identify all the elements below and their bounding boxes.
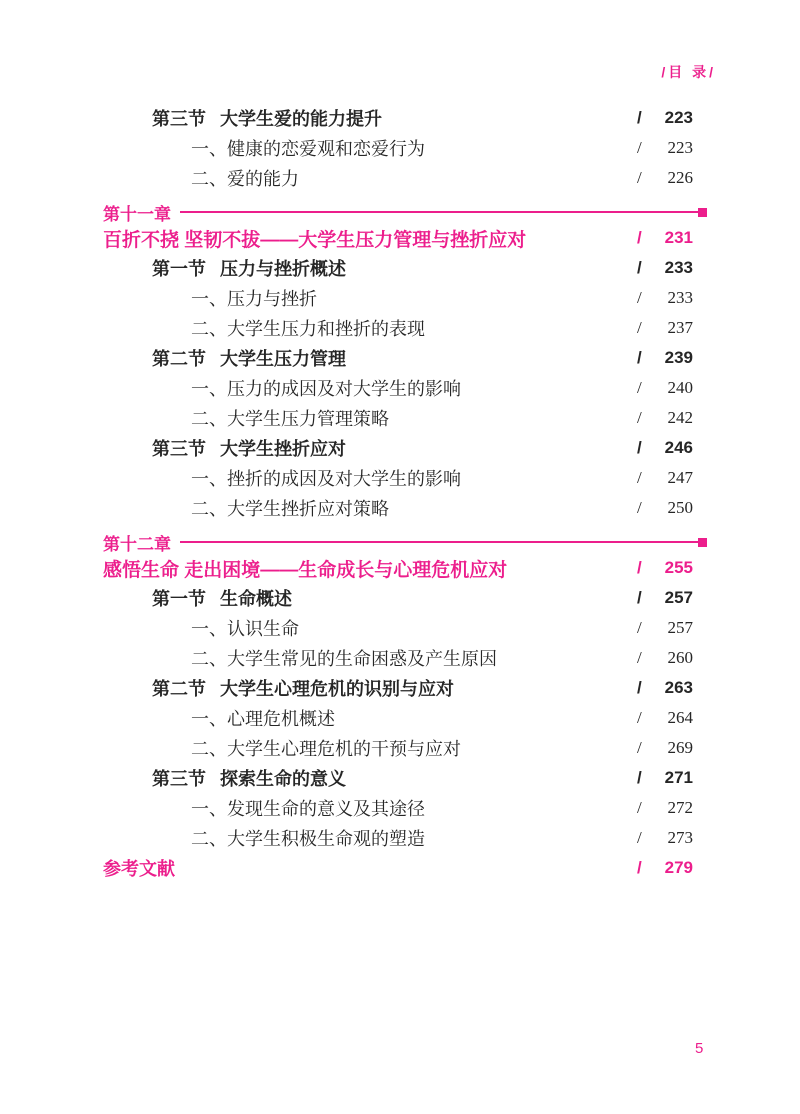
- chapter-label-row: 第十一章: [103, 201, 707, 223]
- references-page-reference: / 279: [637, 858, 707, 878]
- page-slash: /: [637, 738, 642, 758]
- page-number: 240: [668, 378, 694, 398]
- references-title: 参考文献: [103, 855, 175, 881]
- page-number: 242: [668, 408, 694, 428]
- section-title: 生命概述: [220, 585, 292, 611]
- subsection-page-reference: / 223: [637, 138, 707, 158]
- section-number-label: 第三节: [152, 435, 206, 461]
- chapter-number-label: 第十一章: [103, 200, 171, 225]
- toc-row-subsection: 二、大学生压力管理策略 / 242: [103, 403, 707, 433]
- page-number: 260: [668, 648, 694, 668]
- subsection-title: 二、大学生挫折应对策略: [191, 495, 389, 521]
- page-number: 264: [668, 708, 694, 728]
- subsection-page-reference: / 237: [637, 318, 707, 338]
- subsection-title: 一、压力的成因及对大学生的影响: [191, 375, 461, 401]
- page-number: 273: [668, 828, 694, 848]
- chapter-page-reference: / 231: [637, 228, 707, 248]
- toc-list: 第三节 大学生爱的能力提升 / 223 一、健康的恋爱观和恋爱行为 / 223 …: [103, 103, 707, 883]
- subsection-page-reference: / 272: [637, 798, 707, 818]
- page-slash: /: [637, 108, 642, 128]
- chapter-rule-line: [180, 211, 698, 213]
- subsection-page-reference: / 226: [637, 168, 707, 188]
- chapter-rule-end-square: [698, 208, 707, 217]
- page-slash: /: [637, 648, 642, 668]
- toc-row-subsection: 一、挫折的成因及对大学生的影响 / 247: [103, 463, 707, 493]
- section-title: 大学生挫折应对: [220, 435, 346, 461]
- page-slash: /: [637, 798, 642, 818]
- section-number-label: 第三节: [152, 105, 206, 131]
- toc-row-section: 第一节 压力与挫折概述 / 233: [103, 253, 707, 283]
- page-slash: /: [637, 348, 642, 368]
- toc-row-references: 参考文献 / 279: [103, 853, 707, 883]
- page-number: 271: [665, 768, 693, 788]
- page-number: 223: [668, 138, 694, 158]
- subsection-title: 一、压力与挫折: [191, 285, 317, 311]
- chapter-title-row: 百折不挠 坚韧不拔——大学生压力管理与挫折应对 / 231: [103, 223, 707, 253]
- section-number-label: 第二节: [152, 675, 206, 701]
- page-slash: /: [637, 258, 642, 278]
- toc-row-subsection: 二、大学生心理危机的干预与应对 / 269: [103, 733, 707, 763]
- folio-page-number: 5: [695, 1040, 703, 1057]
- page-number: 223: [665, 108, 693, 128]
- section-page-reference: / 246: [637, 438, 707, 458]
- section-page-reference: / 257: [637, 588, 707, 608]
- page-slash: /: [637, 618, 642, 638]
- page-slash: /: [637, 378, 642, 398]
- toc-row-subsection: 一、压力与挫折 / 233: [103, 283, 707, 313]
- page-number: 233: [668, 288, 694, 308]
- chapter-title: 百折不挠 坚韧不拔——大学生压力管理与挫折应对: [103, 225, 526, 252]
- section-number-label: 第三节: [152, 765, 206, 791]
- subsection-title: 一、心理危机概述: [191, 705, 335, 731]
- page-slash: /: [637, 408, 642, 428]
- toc-row-subsection: 二、爱的能力 / 226: [103, 163, 707, 193]
- section-number-label: 第二节: [152, 345, 206, 371]
- toc-row-section: 第三节 大学生爱的能力提升 / 223: [103, 103, 707, 133]
- subsection-page-reference: / 264: [637, 708, 707, 728]
- page-number: 279: [665, 858, 693, 878]
- subsection-page-reference: / 240: [637, 378, 707, 398]
- page-number: 257: [668, 618, 694, 638]
- toc-row-section: 第三节 大学生挫折应对 / 246: [103, 433, 707, 463]
- subsection-page-reference: / 269: [637, 738, 707, 758]
- toc-row-section: 第二节 大学生压力管理 / 239: [103, 343, 707, 373]
- toc-row-subsection: 一、认识生命 / 257: [103, 613, 707, 643]
- section-title: 大学生心理危机的识别与应对: [220, 675, 454, 701]
- page-number: 231: [665, 228, 693, 248]
- section-title: 大学生爱的能力提升: [220, 105, 382, 131]
- chapter-rule-end-square: [698, 538, 707, 547]
- chapter-number-label: 第十二章: [103, 530, 171, 555]
- subsection-title: 二、大学生心理危机的干预与应对: [191, 735, 461, 761]
- page-number: 226: [668, 168, 694, 188]
- page-slash: /: [637, 558, 642, 578]
- toc-row-subsection: 二、大学生挫折应对策略 / 250: [103, 493, 707, 523]
- page-slash: /: [637, 588, 642, 608]
- section-page-reference: / 223: [637, 108, 707, 128]
- subsection-title: 二、爱的能力: [191, 165, 299, 191]
- section-title: 大学生压力管理: [220, 345, 346, 371]
- toc-row-subsection: 一、发现生命的意义及其途径 / 272: [103, 793, 707, 823]
- toc-row-subsection: 一、心理危机概述 / 264: [103, 703, 707, 733]
- toc-chapter-block: 第十一章 百折不挠 坚韧不拔——大学生压力管理与挫折应对 / 231: [103, 201, 707, 253]
- subsection-page-reference: / 233: [637, 288, 707, 308]
- toc-row-section: 第二节 大学生心理危机的识别与应对 / 263: [103, 673, 707, 703]
- subsection-page-reference: / 260: [637, 648, 707, 668]
- subsection-title: 二、大学生压力和挫折的表现: [191, 315, 425, 341]
- page-slash: /: [637, 288, 642, 308]
- toc-row-subsection: 二、大学生压力和挫折的表现 / 237: [103, 313, 707, 343]
- page-slash: /: [637, 768, 642, 788]
- chapter-title-row: 感悟生命 走出困境——生命成长与心理危机应对 / 255: [103, 553, 707, 583]
- section-number-label: 第一节: [152, 255, 206, 281]
- section-page-reference: / 263: [637, 678, 707, 698]
- page-number: 272: [668, 798, 694, 818]
- page-slash: /: [637, 168, 642, 188]
- section-page-reference: / 239: [637, 348, 707, 368]
- subsection-title: 一、挫折的成因及对大学生的影响: [191, 465, 461, 491]
- page-slash: /: [637, 678, 642, 698]
- page-slash: /: [637, 138, 642, 158]
- page-number: 233: [665, 258, 693, 278]
- subsection-title: 一、健康的恋爱观和恋爱行为: [191, 135, 425, 161]
- toc-row-subsection: 一、健康的恋爱观和恋爱行为 / 223: [103, 133, 707, 163]
- subsection-page-reference: / 273: [637, 828, 707, 848]
- page-slash: /: [637, 708, 642, 728]
- chapter-rule-line: [180, 541, 698, 543]
- chapter-page-reference: / 255: [637, 558, 707, 578]
- chapter-label-row: 第十二章: [103, 531, 707, 553]
- page-slash: /: [637, 318, 642, 338]
- subsection-page-reference: / 250: [637, 498, 707, 518]
- subsection-page-reference: / 247: [637, 468, 707, 488]
- section-page-reference: / 271: [637, 768, 707, 788]
- page-number: 246: [665, 438, 693, 458]
- page-header-running-title: /目 录/: [661, 62, 716, 82]
- page-number: 257: [665, 588, 693, 608]
- page-number: 263: [665, 678, 693, 698]
- subsection-title: 一、发现生命的意义及其途径: [191, 795, 425, 821]
- toc-row-subsection: 二、大学生常见的生命困惑及产生原因 / 260: [103, 643, 707, 673]
- toc-row-section: 第一节 生命概述 / 257: [103, 583, 707, 613]
- page-number: 237: [668, 318, 694, 338]
- page-slash: /: [637, 828, 642, 848]
- section-title: 探索生命的意义: [220, 765, 346, 791]
- toc-page: /目 录/ 第三节 大学生爱的能力提升 / 223 一、健康的恋爱观和恋爱行为 …: [0, 0, 800, 1114]
- page-number: 247: [668, 468, 694, 488]
- subsection-title: 二、大学生常见的生命困惑及产生原因: [191, 645, 497, 671]
- section-number-label: 第一节: [152, 585, 206, 611]
- page-slash: /: [637, 438, 642, 458]
- page-slash: /: [637, 468, 642, 488]
- page-number: 239: [665, 348, 693, 368]
- page-slash: /: [637, 228, 642, 248]
- subsection-page-reference: / 242: [637, 408, 707, 428]
- toc-row-subsection: 二、大学生积极生命观的塑造 / 273: [103, 823, 707, 853]
- chapter-title: 感悟生命 走出困境——生命成长与心理危机应对: [103, 555, 507, 582]
- subsection-title: 一、认识生命: [191, 615, 299, 641]
- subsection-title: 二、大学生压力管理策略: [191, 405, 389, 431]
- page-number: 250: [668, 498, 694, 518]
- toc-row-subsection: 一、压力的成因及对大学生的影响 / 240: [103, 373, 707, 403]
- toc-chapter-block: 第十二章 感悟生命 走出困境——生命成长与心理危机应对 / 255: [103, 531, 707, 583]
- page-number: 255: [665, 558, 693, 578]
- toc-row-section: 第三节 探索生命的意义 / 271: [103, 763, 707, 793]
- page-slash: /: [637, 858, 642, 878]
- subsection-page-reference: / 257: [637, 618, 707, 638]
- page-slash: /: [637, 498, 642, 518]
- section-title: 压力与挫折概述: [220, 255, 346, 281]
- subsection-title: 二、大学生积极生命观的塑造: [191, 825, 425, 851]
- page-number: 269: [668, 738, 694, 758]
- section-page-reference: / 233: [637, 258, 707, 278]
